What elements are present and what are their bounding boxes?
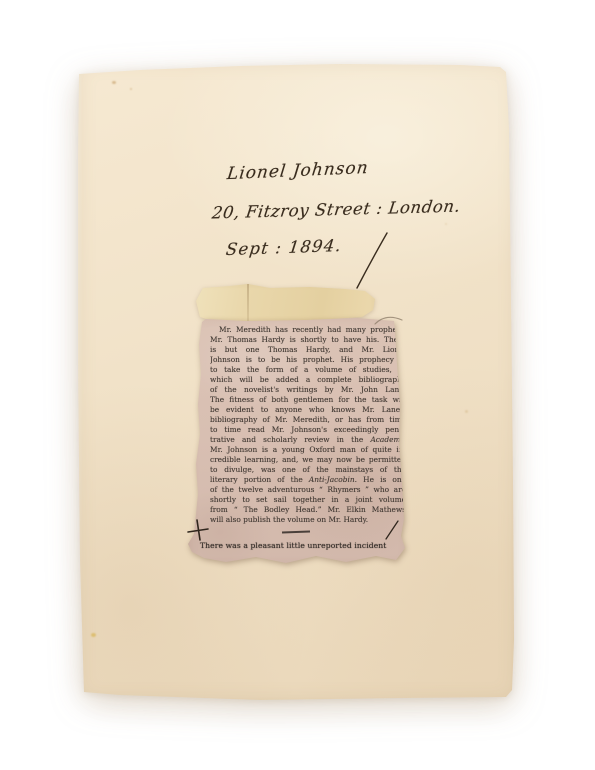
clipping-line-italic: Anti-Jacobin. [309,475,357,484]
clipping-torn-line: There was a pleasant little unreported i… [192,541,400,550]
clipping-line-text: trative and scholarly review in the [210,435,370,444]
clipping-line: to time read Mr. Johnson's exceedingly p… [210,425,406,435]
clipping-line: The fitness of both gentlemen for the ta… [210,395,406,405]
clipping-line: bibliography of Mr. Meredith, or has fro… [210,415,406,425]
clipping-line: trative and scholarly review in the Acad… [210,435,406,445]
foxing-spot [130,88,132,90]
clipping-line-italic: Academy. [370,435,406,444]
clipping-line: credible learning, and, we may now be pe… [210,455,406,465]
foxing-spot [465,410,468,413]
clipping-line: will also publish the volume on Mr. Hard… [210,515,406,525]
clipping-line: of the novelist's writings by Mr. John L… [210,385,406,395]
clipping-line: to take the form of a volume of studies,… [210,365,406,375]
photo-of-album-leaf: Lionel Johnson 20, Fitzroy Street : Lond… [0,0,595,770]
clipping-line: Mr. Thomas Hardy is shortly to have his.… [210,335,406,345]
clipping-line-text: literary portion of the [210,475,309,484]
clipping-section-divider [282,531,310,533]
foxing-spot [112,81,116,84]
clipping-line-text: He is one [357,475,406,484]
clipping-line: of the twelve adventurous “ Rhymers ” wh… [210,485,406,495]
foxing-spot [445,223,447,225]
foxing-spot [91,633,96,637]
clipping-line: Mr. Johnson is a young Oxford man of qui… [210,445,406,455]
clipping-line: shortly to set sail together in a joint … [210,495,406,505]
clipping-line: literary portion of the Anti-Jacobin. He… [210,475,406,485]
clipping-line: Johnson is to be his prophet. His prophe… [210,355,406,365]
clipping-line: which will be added a complete bibliogra… [210,375,406,385]
clipping-line: from “ The Bodley Head.” Mr. Elkin Mathe… [210,505,406,515]
clipping-line: is but one Thomas Hardy, and Mr. Lionel [210,345,406,355]
clipping-line: Mr. Meredith has recently had many proph… [210,325,406,335]
newspaper-clipping: Mr. Meredith has recently had many proph… [186,314,412,570]
clipping-text-column: Mr. Meredith has recently had many proph… [210,325,406,525]
clipping-line: be evident to anyone who knows Mr. Lane'… [210,405,406,415]
newspaper-clipping-paper: Mr. Meredith has recently had many proph… [186,314,412,570]
clipping-line: to divulge, was one of the mainstays of … [210,465,406,475]
